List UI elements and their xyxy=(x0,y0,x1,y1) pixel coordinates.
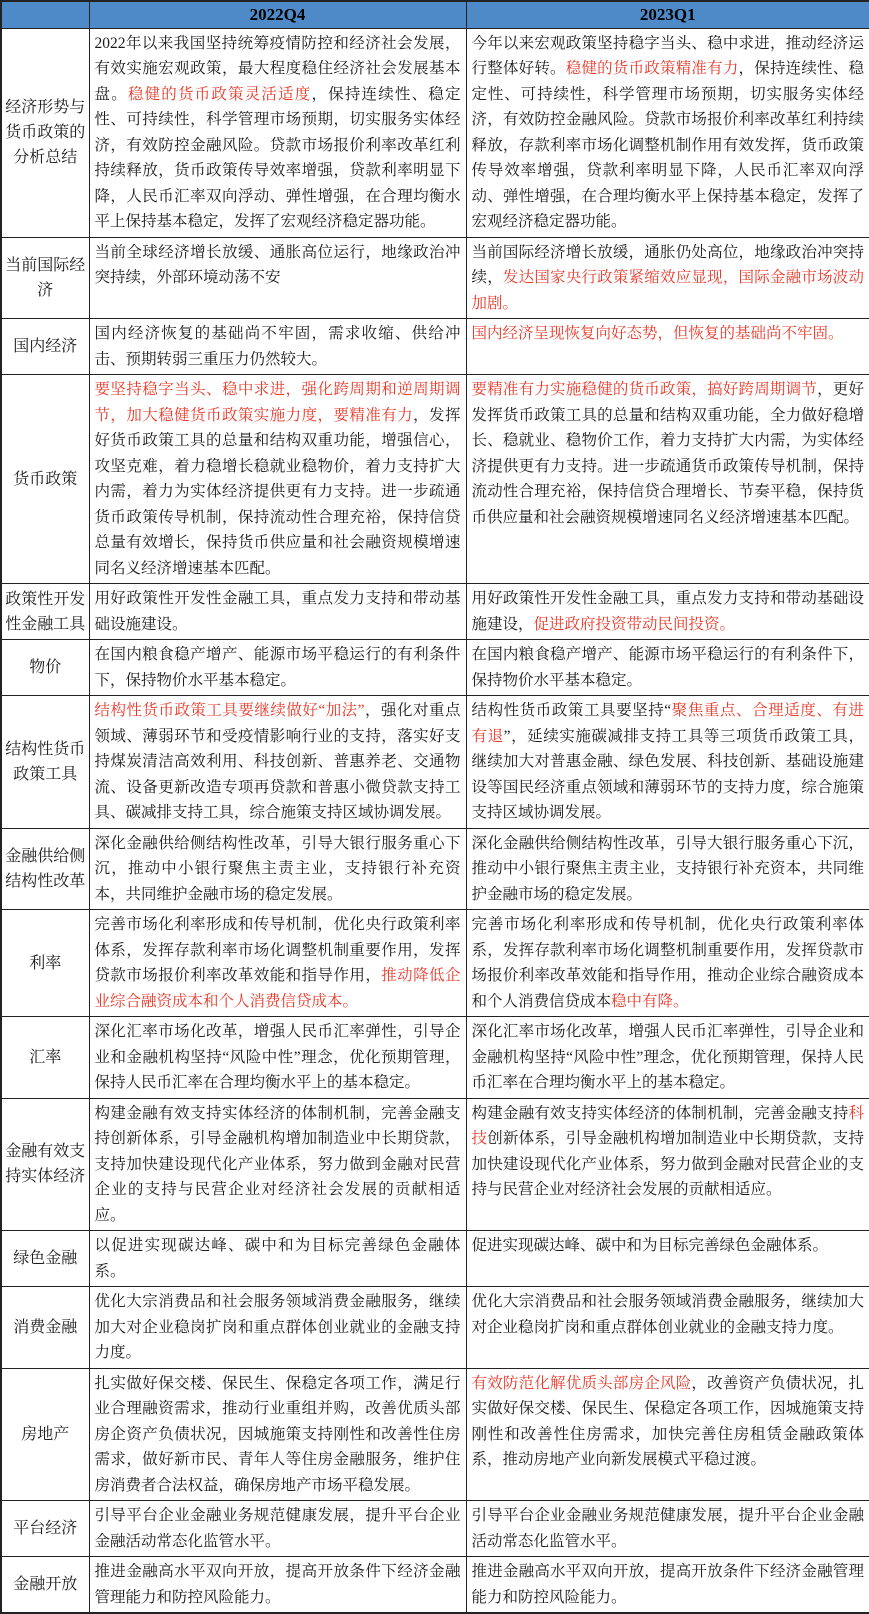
table-row: 物价 在国内粮食稳产增产、能源市场平稳运行的有利条件下，保持物价水平基本稳定。 … xyxy=(1,640,869,696)
cell-2023q1: 引导平台企业金融业务规范健康发展，提升平台企业金融活动常态化监管水平。 xyxy=(466,1501,869,1557)
row-label: 政策性开发性金融工具 xyxy=(1,584,89,640)
cell-2023q1: 结构性货币政策工具要坚持“聚焦重点、合理适度、有进有退”，延续实施碳减排支持工具… xyxy=(466,696,869,829)
row-label: 当前国际经济 xyxy=(1,237,89,319)
row-label: 消费金融 xyxy=(1,1287,89,1369)
row-label: 金融供给侧结构性改革 xyxy=(1,828,89,910)
body-text: 优化大宗消费品和社会服务领域消费金融服务，继续加大对企业稳岗扩岗和重点群体创业就… xyxy=(472,1293,865,1336)
cell-2022q4: 国内经济恢复的基础尚不牢固，需求收缩、供给冲击、预期转弱三重压力仍然较大。 xyxy=(89,319,466,375)
cell-2023q1: 国内经济呈现恢复向好态势，但恢复的基础尚不牢固。 xyxy=(466,319,869,375)
table-body: 经济形势与货币政策的分析总结 2022年以来我国坚持统筹疫情防控和经济社会发展，… xyxy=(1,28,869,1613)
cell-2023q1: 深化金融供给侧结构性改革，引导大银行服务重心下沉，推动中小银行聚焦主责主业，支持… xyxy=(466,828,869,910)
table-row: 经济形势与货币政策的分析总结 2022年以来我国坚持统筹疫情防控和经济社会发展，… xyxy=(1,28,869,237)
body-text: 结构性货币政策工具要坚持“ xyxy=(472,702,672,719)
header-2023q1: 2023Q1 xyxy=(466,1,869,28)
body-text: 在国内粮食稳产增产、能源市场平稳运行的有利条件下，保持物价水平基本稳定。 xyxy=(95,646,461,689)
body-text: 构建金融有效支持实体经济的体制机制，完善金融支持 xyxy=(472,1105,849,1122)
table-row: 汇率 深化汇率市场化改革，增强人民币汇率弹性，引导企业和金融机构坚持“风险中性”… xyxy=(1,1017,869,1099)
cell-2022q4: 深化汇率市场化改革，增强人民币汇率弹性，引导企业和金融机构坚持“风险中性”理念，… xyxy=(89,1017,466,1099)
body-text: 引导平台企业金融业务规范健康发展，提升平台企业金融活动常态化监管水平。 xyxy=(95,1507,461,1550)
header-2022q4: 2022Q4 xyxy=(89,1,466,28)
body-text: 促进实现碳达峰、碳中和为目标完善绿色金融体系。 xyxy=(472,1237,829,1254)
body-text: 构建金融有效支持实体经济的体制机制，完善金融支持创新体系，引导金融机构增加制造业… xyxy=(95,1105,461,1224)
body-text: 深化汇率市场化改革，增强人民币汇率弹性，引导企业和金融机构坚持“风险中性”理念，… xyxy=(95,1023,461,1091)
highlighted-text: 发达国家央行政策紧缩效应显现，国际金融市场波动加剧。 xyxy=(472,269,864,312)
table-row: 国内经济 国内经济恢复的基础尚不牢固，需求收缩、供给冲击、预期转弱三重压力仍然较… xyxy=(1,319,869,375)
body-text: 创新体系，引导金融机构增加制造业中长期贷款，支持加快建设现代化产业体系，努力做到… xyxy=(472,1130,865,1198)
cell-2023q1: 构建金融有效支持实体经济的体制机制，完善金融支持科技创新体系，引导金融机构增加制… xyxy=(466,1098,869,1231)
table-row: 货币政策 要坚持稳字当头、稳中求进，强化跨周期和逆周期调节，加大稳健货币政策实施… xyxy=(1,375,869,584)
row-label: 平台经济 xyxy=(1,1501,89,1557)
body-text: 推进金融高水平双向开放，提高开放条件下经济金融管理能力和防控风险能力。 xyxy=(95,1563,461,1606)
cell-2022q4: 以促进实现碳达峰、碳中和为目标完善绿色金融体系。 xyxy=(89,1231,466,1287)
row-label: 金融开放 xyxy=(1,1557,89,1614)
body-text: 当前全球经济增长放缓、通胀高位运行，地缘政治冲突持续，外部环境动荡不安 xyxy=(95,244,461,287)
table-row: 消费金融 优化大宗消费品和社会服务领域消费金融服务，继续加大对企业稳岗扩岗和重点… xyxy=(1,1287,869,1369)
cell-2022q4: 完善市场化利率形成和传导机制，优化央行政策利率体系，发挥存款利率市场化调整机制重… xyxy=(89,910,466,1017)
row-label: 货币政策 xyxy=(1,375,89,584)
cell-2023q1: 有效防范化解优质头部房企风险，改善资产负债状况，扎实做好保交楼、保民生、保稳定各… xyxy=(466,1368,869,1501)
body-text: ，保持连续性、稳定性、可持续性，科学管理市场预期，切实服务实体经济，有效防控金融… xyxy=(472,60,865,230)
cell-2023q1: 推进金融高水平双向开放，提高开放条件下经济金融管理能力和防控风险能力。 xyxy=(466,1557,869,1614)
table-row: 金融有效支持实体经济 构建金融有效支持实体经济的体制机制，完善金融支持创新体系，… xyxy=(1,1098,869,1231)
header-row: 2022Q4 2023Q1 xyxy=(1,1,869,28)
row-label: 利率 xyxy=(1,910,89,1017)
body-text: 深化金融供给侧结构性改革，引导大银行服务重心下沉，推动中小银行聚焦主责主业，支持… xyxy=(95,835,461,903)
table-row: 结构性货币政策工具 结构性货币政策工具要继续做好“加法”，强化对重点领域、薄弱环… xyxy=(1,696,869,829)
row-label: 经济形势与货币政策的分析总结 xyxy=(1,28,89,237)
cell-2023q1: 当前国际经济增长放缓，通胀仍处高位，地缘政治冲突持续，发达国家央行政策紧缩效应显… xyxy=(466,237,869,319)
table-row: 房地产 扎实做好保交楼、保民生、保稳定各项工作，满足行业合理融资需求，推动行业重… xyxy=(1,1368,869,1501)
table-row: 政策性开发性金融工具 用好政策性开发性金融工具，重点发力支持和带动基础设施建设。… xyxy=(1,584,869,640)
cell-2022q4: 当前全球经济增长放缓、通胀高位运行，地缘政治冲突持续，外部环境动荡不安 xyxy=(89,237,466,319)
highlighted-text: 有效防范化解优质头部房企风险 xyxy=(472,1375,692,1392)
row-label: 绿色金融 xyxy=(1,1231,89,1287)
highlighted-text: 稳健的货币政策精准有力 xyxy=(566,60,739,77)
body-text: ，保持连续性、稳定性、可持续性，科学管理市场预期，切实服务实体经济，有效防控金融… xyxy=(95,86,461,231)
row-label: 房地产 xyxy=(1,1368,89,1501)
cell-2023q1: 在国内粮食稳产增产、能源市场平稳运行的有利条件下，保持物价水平基本稳定。 xyxy=(466,640,869,696)
cell-2022q4: 用好政策性开发性金融工具，重点发力支持和带动基础设施建设。 xyxy=(89,584,466,640)
table-row: 平台经济 引导平台企业金融业务规范健康发展，提升平台企业金融活动常态化监管水平。… xyxy=(1,1501,869,1557)
body-text: 用好政策性开发性金融工具，重点发力支持和带动基础设施建设。 xyxy=(95,590,461,633)
highlighted-text: 要精准有力实施稳健的货币政策，搞好跨周期调节 xyxy=(472,381,818,398)
body-text: 在国内粮食稳产增产、能源市场平稳运行的有利条件下，保持物价水平基本稳定。 xyxy=(472,646,865,689)
body-text: 优化大宗消费品和社会服务领域消费金融服务，继续加大对企业稳岗扩岗和重点群体创业就… xyxy=(95,1293,461,1361)
cell-2022q4: 结构性货币政策工具要继续做好“加法”，强化对重点领域、薄弱环节和受疫情影响行业的… xyxy=(89,696,466,829)
highlighted-text: 稳健的货币政策灵活适度 xyxy=(128,86,312,103)
body-text: 国内经济恢复的基础尚不牢固，需求收缩、供给冲击、预期转弱三重压力仍然较大。 xyxy=(95,325,461,368)
body-text: 引导平台企业金融业务规范健康发展，提升平台企业金融活动常态化监管水平。 xyxy=(472,1507,865,1550)
cell-2023q1: 今年以来宏观政策坚持稳字当头、稳中求进，推动经济运行整体好转。稳健的货币政策精准… xyxy=(466,28,869,237)
header-empty-cell xyxy=(1,1,89,28)
cell-2022q4: 2022年以来我国坚持统筹疫情防控和经济社会发展，有效实施宏观政策，最大程度稳住… xyxy=(89,28,466,237)
row-label: 金融有效支持实体经济 xyxy=(1,1098,89,1231)
cell-2022q4: 推进金融高水平双向开放，提高开放条件下经济金融管理能力和防控风险能力。 xyxy=(89,1557,466,1614)
cell-2022q4: 深化金融供给侧结构性改革，引导大银行服务重心下沉，推动中小银行聚焦主责主业，支持… xyxy=(89,828,466,910)
cell-2022q4: 在国内粮食稳产增产、能源市场平稳运行的有利条件下，保持物价水平基本稳定。 xyxy=(89,640,466,696)
policy-comparison-table: 2022Q4 2023Q1 经济形势与货币政策的分析总结 2022年以来我国坚持… xyxy=(0,0,869,1614)
body-text: ”，延续实施碳减排支持工具等三项货币政策工具，继续加大对普惠金融、绿色发展、科技… xyxy=(472,728,865,822)
row-label: 结构性货币政策工具 xyxy=(1,696,89,829)
row-label: 国内经济 xyxy=(1,319,89,375)
cell-2023q1: 用好政策性开发性金融工具，重点发力支持和带动基础设施建设，促进政府投资带动民间投… xyxy=(466,584,869,640)
cell-2023q1: 优化大宗消费品和社会服务领域消费金融服务，继续加大对企业稳岗扩岗和重点群体创业就… xyxy=(466,1287,869,1369)
row-label: 汇率 xyxy=(1,1017,89,1099)
row-label: 物价 xyxy=(1,640,89,696)
body-text: 扎实做好保交楼、保民生、保稳定各项工作，满足行业合理融资需求，推动行业重组并购，… xyxy=(95,1375,461,1494)
table-row: 金融开放 推进金融高水平双向开放，提高开放条件下经济金融管理能力和防控风险能力。… xyxy=(1,1557,869,1614)
cell-2023q1: 要精准有力实施稳健的货币政策，搞好跨周期调节，更好发挥货币政策工具的总量和结构双… xyxy=(466,375,869,584)
cell-2022q4: 扎实做好保交楼、保民生、保稳定各项工作，满足行业合理融资需求，推动行业重组并购，… xyxy=(89,1368,466,1501)
body-text: ，更好发挥货币政策工具的总量和结构双重功能，全力做好稳增长、稳就业、稳物价工作，… xyxy=(472,381,865,526)
highlighted-text: 促进政府投资带动民间投资。 xyxy=(534,616,736,633)
body-text: 深化汇率市场化改革，增强人民币汇率弹性，引导企业和金融机构坚持“风险中性”理念，… xyxy=(472,1023,865,1091)
highlighted-text: 要坚持稳字当头、稳中求进，强化跨周期和逆周期调节，加大稳健货币政策实施力度，要精… xyxy=(95,381,461,424)
table-row: 金融供给侧结构性改革 深化金融供给侧结构性改革，引导大银行服务重心下沉，推动中小… xyxy=(1,828,869,910)
highlighted-text: 稳中有降。 xyxy=(611,993,689,1010)
body-text: 以促进实现碳达峰、碳中和为目标完善绿色金融体系。 xyxy=(95,1237,461,1280)
cell-2022q4: 构建金融有效支持实体经济的体制机制，完善金融支持创新体系，引导金融机构增加制造业… xyxy=(89,1098,466,1231)
cell-2023q1: 促进实现碳达峰、碳中和为目标完善绿色金融体系。 xyxy=(466,1231,869,1287)
table-row: 利率 完善市场化利率形成和传导机制，优化央行政策利率体系，发挥存款利率市场化调整… xyxy=(1,910,869,1017)
table-row: 当前国际经济 当前全球经济增长放缓、通胀高位运行，地缘政治冲突持续，外部环境动荡… xyxy=(1,237,869,319)
body-text: ，发挥好货币政策工具的总量和结构双重功能，增强信心，攻坚克难，着力稳增长稳就业稳… xyxy=(95,407,461,577)
table-row: 绿色金融 以促进实现碳达峰、碳中和为目标完善绿色金融体系。 促进实现碳达峰、碳中… xyxy=(1,1231,869,1287)
body-text: 推进金融高水平双向开放，提高开放条件下经济金融管理能力和防控风险能力。 xyxy=(472,1563,865,1606)
body-text: ，强化对重点领域、薄弱环节和受疫情影响行业的支持，落实好支持煤炭清洁高效利用、科… xyxy=(95,702,461,821)
body-text: 深化金融供给侧结构性改革，引导大银行服务重心下沉，推动中小银行聚焦主责主业，支持… xyxy=(472,835,865,903)
cell-2022q4: 要坚持稳字当头、稳中求进，强化跨周期和逆周期调节，加大稳健货币政策实施力度，要精… xyxy=(89,375,466,584)
cell-2022q4: 优化大宗消费品和社会服务领域消费金融服务，继续加大对企业稳岗扩岗和重点群体创业就… xyxy=(89,1287,466,1369)
cell-2023q1: 深化汇率市场化改革，增强人民币汇率弹性，引导企业和金融机构坚持“风险中性”理念，… xyxy=(466,1017,869,1099)
cell-2022q4: 引导平台企业金融业务规范健康发展，提升平台企业金融活动常态化监管水平。 xyxy=(89,1501,466,1557)
highlighted-text: 国内经济呈现恢复向好态势，但恢复的基础尚不牢固。 xyxy=(472,325,844,342)
highlighted-text: 结构性货币政策工具要继续做好“加法” xyxy=(95,702,365,719)
cell-2023q1: 完善市场化利率形成和传导机制，优化央行政策利率体系，发挥存款利率市场化调整机制重… xyxy=(466,910,869,1017)
